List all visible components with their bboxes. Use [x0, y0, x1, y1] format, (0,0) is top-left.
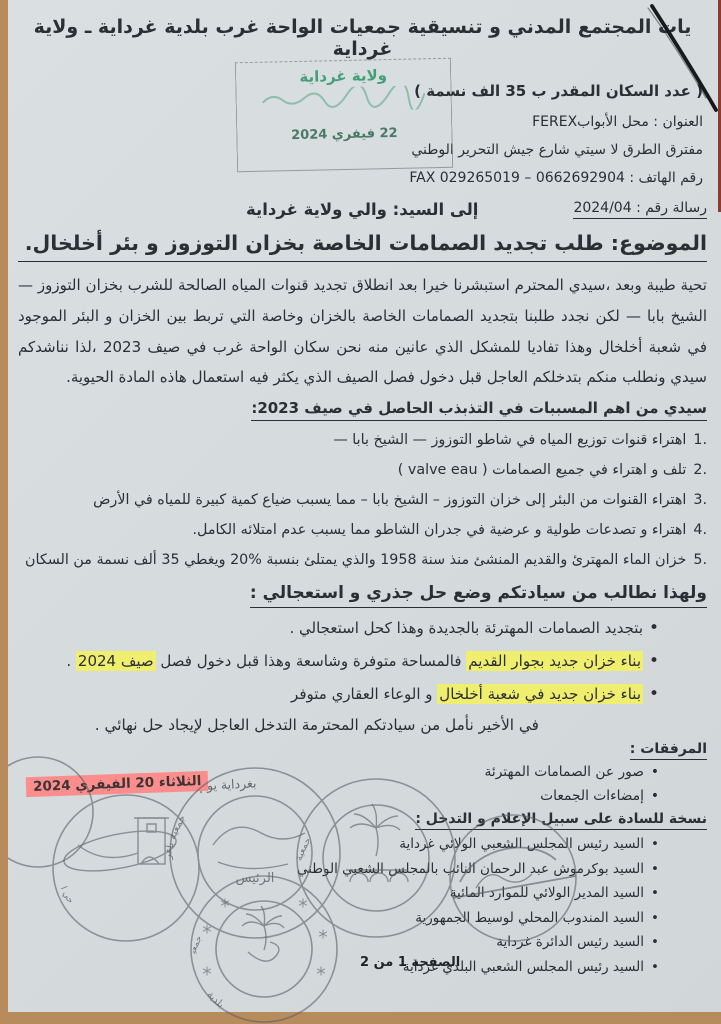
cause-text: اهتراء قنوات توزيع المياه في شاطو التوزو… [333, 425, 686, 455]
closing-line: في الأخير نأمل من سيادتكم المحترمة التدخ… [18, 713, 707, 738]
demand-item: بناء خزان جديد بجوار القديم فالمساحة متو… [18, 645, 659, 678]
demand-text: بتجديد الصمامات المهترئة بالجديدة وهذا ك… [290, 619, 644, 637]
demand-text: و الوعاء العقاري متوفر [291, 685, 437, 703]
cc-item: السيد رئيس المجلس الشعبي البلدي غرداية [18, 955, 659, 980]
subject-line: الموضوع: طلب تجديد الصمامات الخاصة بخزان… [18, 231, 707, 262]
scanned-letter-page: { "header": { "org_title": "يات المجتمع … [0, 0, 721, 1024]
cause-item: 4.اهتراء و تصدعات طولية و عرضية في جدران… [18, 515, 707, 545]
recipient-line: إلى السيد: والي ولاية غرداية [246, 200, 478, 219]
cause-number: 2. [693, 455, 707, 485]
letter-paper: يات المجتمع المدني و تنسيقية جمعيات الوا… [8, 0, 721, 1012]
body-paragraph: تحية طيبة وبعد ،سيدي المحترم استبشرنا خي… [18, 270, 707, 393]
letter-number: رسالة رقم : 2024/04 [573, 200, 707, 219]
cc-item: السيد بوكرموش عبد الرحمان النائب بالمجلس… [18, 857, 659, 882]
cc-item: السيد المندوب المحلي لوسيط الجمهورية [18, 906, 659, 931]
highlighted-text: بناء خزان جديد في شعبة أخلخال [437, 684, 643, 704]
cause-item: 5.خزان الماء المهترئ والقديم المنشئ منذ … [18, 545, 707, 575]
pen-stroke-mark [608, 0, 721, 125]
causes-list: 1.اهتراء قنوات توزيع المياه في شاطو التو… [18, 425, 707, 575]
cc-item: السيد رئيس الدائرة غرداية [18, 930, 659, 955]
demands-list: بتجديد الصمامات المهترئة بالجديدة وهذا ك… [18, 612, 707, 711]
cause-text: تلف و اهتراء في جميع الصمامات ( valve ea… [398, 455, 687, 485]
cause-text: خزان الماء المهترئ والقديم المنشئ منذ سن… [25, 545, 686, 575]
cc-heading: نسخة للسادة على سبيل الإعلام و التدخل : [415, 811, 707, 830]
causes-heading: سيدي من اهم المسببات في التذبذب الحاصل ف… [251, 399, 707, 421]
demand-item: بناء خزان جديد في شعبة أخلخال و الوعاء ا… [18, 678, 659, 711]
cc-item: السيد المدير الولائي للموارد المائية [18, 881, 659, 906]
page-number: الصفحة 1 من 2 [360, 955, 460, 970]
stamp-faded-scribble [258, 85, 428, 113]
cause-number: 5. [693, 545, 707, 575]
highlighted-text: بناء خزان جديد بجوار القديم [466, 651, 643, 671]
attachments-heading: المرفقات : [630, 741, 707, 760]
demands-heading: ولهذا نطالب من سيادتكم وضع حل جذري و است… [250, 583, 707, 608]
cause-text: اهتراء و تصدعات طولية و عرضية في جدران ا… [193, 515, 687, 545]
demand-item: بتجديد الصمامات المهترئة بالجديدة وهذا ك… [18, 612, 659, 645]
cause-item: 3.اهتراء القنوات من البئر إلى خزان التوز… [18, 485, 707, 515]
cause-number: 1. [693, 425, 707, 455]
meta-row: رسالة رقم : 2024/04 إلى السيد: والي ولاي… [18, 200, 707, 219]
stamp-date: 22 فيفري 2024 [237, 125, 451, 144]
cc-item: السيد رئيس المجلس الشعبي الولائي غرداية [18, 832, 659, 857]
cause-item: 1.اهتراء قنوات توزيع المياه في شاطو التو… [18, 425, 707, 455]
demand-text: . [66, 652, 76, 670]
cause-number: 4. [693, 515, 707, 545]
cause-number: 3. [693, 485, 707, 515]
demand-text: فالمساحة متوفرة وشاسعة وهذا قبل دخول فصل [156, 652, 467, 670]
organization-title: يات المجتمع المدني و تنسيقية جمعيات الوا… [18, 0, 707, 60]
highlighted-text: صيف 2024 [76, 651, 156, 671]
cause-item: 2.تلف و اهتراء في جميع الصمامات ( valve … [18, 455, 707, 485]
cause-text: اهتراء القنوات من البئر إلى خزان التوزوز… [93, 485, 686, 515]
wilaya-receipt-stamp: ولاية غرداية 22 فيفري 2024 [235, 58, 453, 172]
stamp-authority-text: ولاية غرداية [236, 65, 450, 87]
